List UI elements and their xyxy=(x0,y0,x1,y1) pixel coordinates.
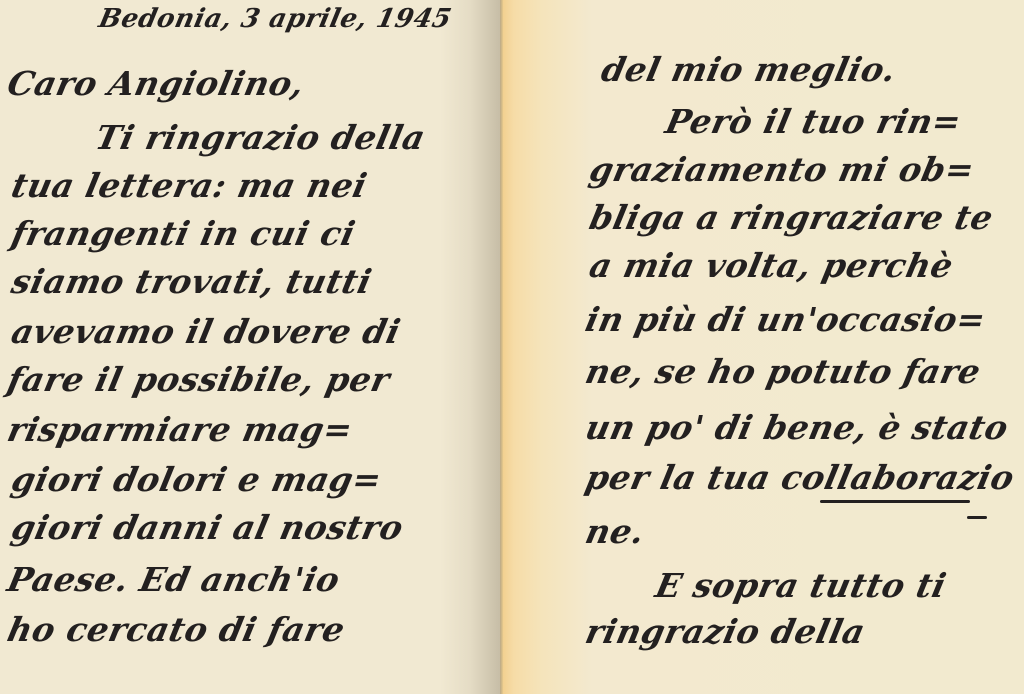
hyphen-mark xyxy=(967,516,987,519)
letter-line: ho cercato di fare xyxy=(4,610,349,649)
letter-line: ne. xyxy=(582,512,648,551)
letter-line: ne, se ho potuto fare xyxy=(582,352,984,391)
book-gutter xyxy=(500,0,503,694)
letter-line: giori danni al nostro xyxy=(8,508,407,547)
letter-line: giori dolori e mag= xyxy=(8,460,385,499)
letter-line: avevamo il dovere di xyxy=(8,312,404,351)
right-page: del mio meglio. Però il tuo rin= graziam… xyxy=(502,0,1024,694)
letter-line: un po' di bene, è stato xyxy=(582,408,1012,447)
letter-line: bliga a ringraziare te xyxy=(586,198,997,237)
letter-line: Paese. Ed anch'io xyxy=(4,560,343,599)
letter-line: risparmiare mag= xyxy=(4,410,356,449)
letter-line: tua lettera: ma nei xyxy=(8,166,371,205)
dateline: Bedonia, 3 aprile, 1945 xyxy=(96,4,454,34)
left-page: Bedonia, 3 aprile, 1945 Caro Angiolino, … xyxy=(0,0,502,694)
letter-line: siamo trovati, tutti xyxy=(8,262,375,301)
open-book-spread: Bedonia, 3 aprile, 1945 Caro Angiolino, … xyxy=(0,0,1024,694)
letter-line: ringrazio della xyxy=(582,612,869,651)
underline-collaborazione xyxy=(820,500,970,503)
letter-line: frangenti in cui ci xyxy=(8,214,359,253)
salutation: Caro Angiolino, xyxy=(4,64,308,103)
letter-line: E sopra tutto ti xyxy=(652,566,950,605)
letter-line: per la tua collaborazio xyxy=(582,458,1018,497)
letter-line: a mia volta, perchè xyxy=(586,246,957,285)
letter-line: fare il possibile, per xyxy=(4,360,394,399)
letter-line: Ti ringrazio della xyxy=(92,118,429,157)
letter-line: del mio meglio. xyxy=(598,50,900,89)
letter-line: in più di un'occasio= xyxy=(582,300,989,339)
letter-line: graziamento mi ob= xyxy=(586,150,978,189)
letter-line: Però il tuo rin= xyxy=(662,102,965,141)
